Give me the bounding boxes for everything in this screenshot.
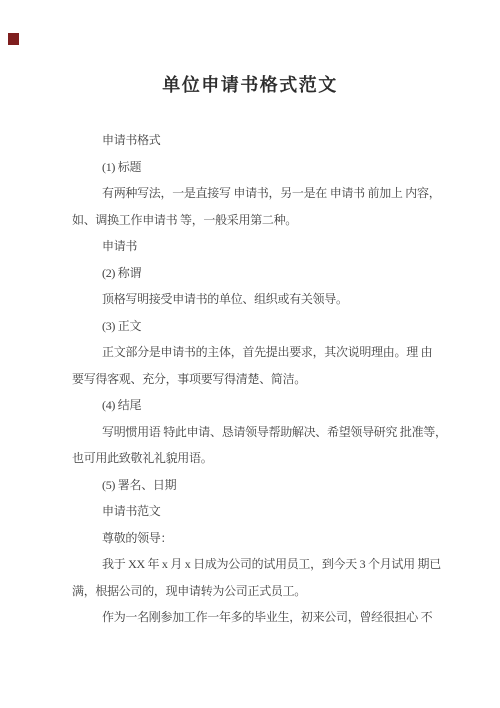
doc-line: 如、调换工作申请书 等，一般采用第二种。 <box>72 207 437 234</box>
doc-line: 作为一名刚参加工作一年多的毕业生，初来公司，曾经很担心 不 <box>72 604 437 631</box>
doc-line: (4) 结尾 <box>72 392 437 419</box>
doc-line: (5) 署名、日期 <box>72 472 437 499</box>
red-marker <box>8 33 19 45</box>
doc-line: (1) 标题 <box>72 154 437 181</box>
doc-line: 写明惯用语 特此申请、恳请领导帮助解决、希望领导研究 批准等， <box>72 419 437 446</box>
doc-line: 申请书范文 <box>72 498 437 525</box>
doc-line: 我于 XX 年 x 月 x 日成为公司的试用员工，到今天 3 个月试用 期已 <box>72 551 437 578</box>
page-title: 单位申请书格式范文 <box>0 71 500 97</box>
doc-line: 满，根据公司的，现申请转为公司正式员工。 <box>72 578 437 605</box>
doc-line: 也可用此致敬礼礼貌用语。 <box>72 445 437 472</box>
doc-line: 申请书格式 <box>72 127 437 154</box>
doc-line: (3) 正文 <box>72 313 437 340</box>
doc-line: 顶格写明接受申请书的单位、组织或有关领导。 <box>72 286 437 313</box>
doc-line: (2) 称谓 <box>72 260 437 287</box>
doc-line: 要写得客观、充分，事项要写得清楚、简洁。 <box>72 366 437 393</box>
doc-line: 尊敬的领导： <box>72 525 437 552</box>
doc-line: 有两种写法，一是直接写 申请书，另一是在 申请书 前加上 内容， <box>72 180 437 207</box>
doc-line: 申请书 <box>72 233 437 260</box>
doc-line: 正文部分是申请书的主体，首先提出要求，其次说明理由。理 由 <box>72 339 437 366</box>
document-page: 单位申请书格式范文 申请书格式 (1) 标题 有两种写法，一是直接写 申请书，另… <box>0 0 500 708</box>
document-body: 申请书格式 (1) 标题 有两种写法，一是直接写 申请书，另一是在 申请书 前加… <box>72 127 437 631</box>
